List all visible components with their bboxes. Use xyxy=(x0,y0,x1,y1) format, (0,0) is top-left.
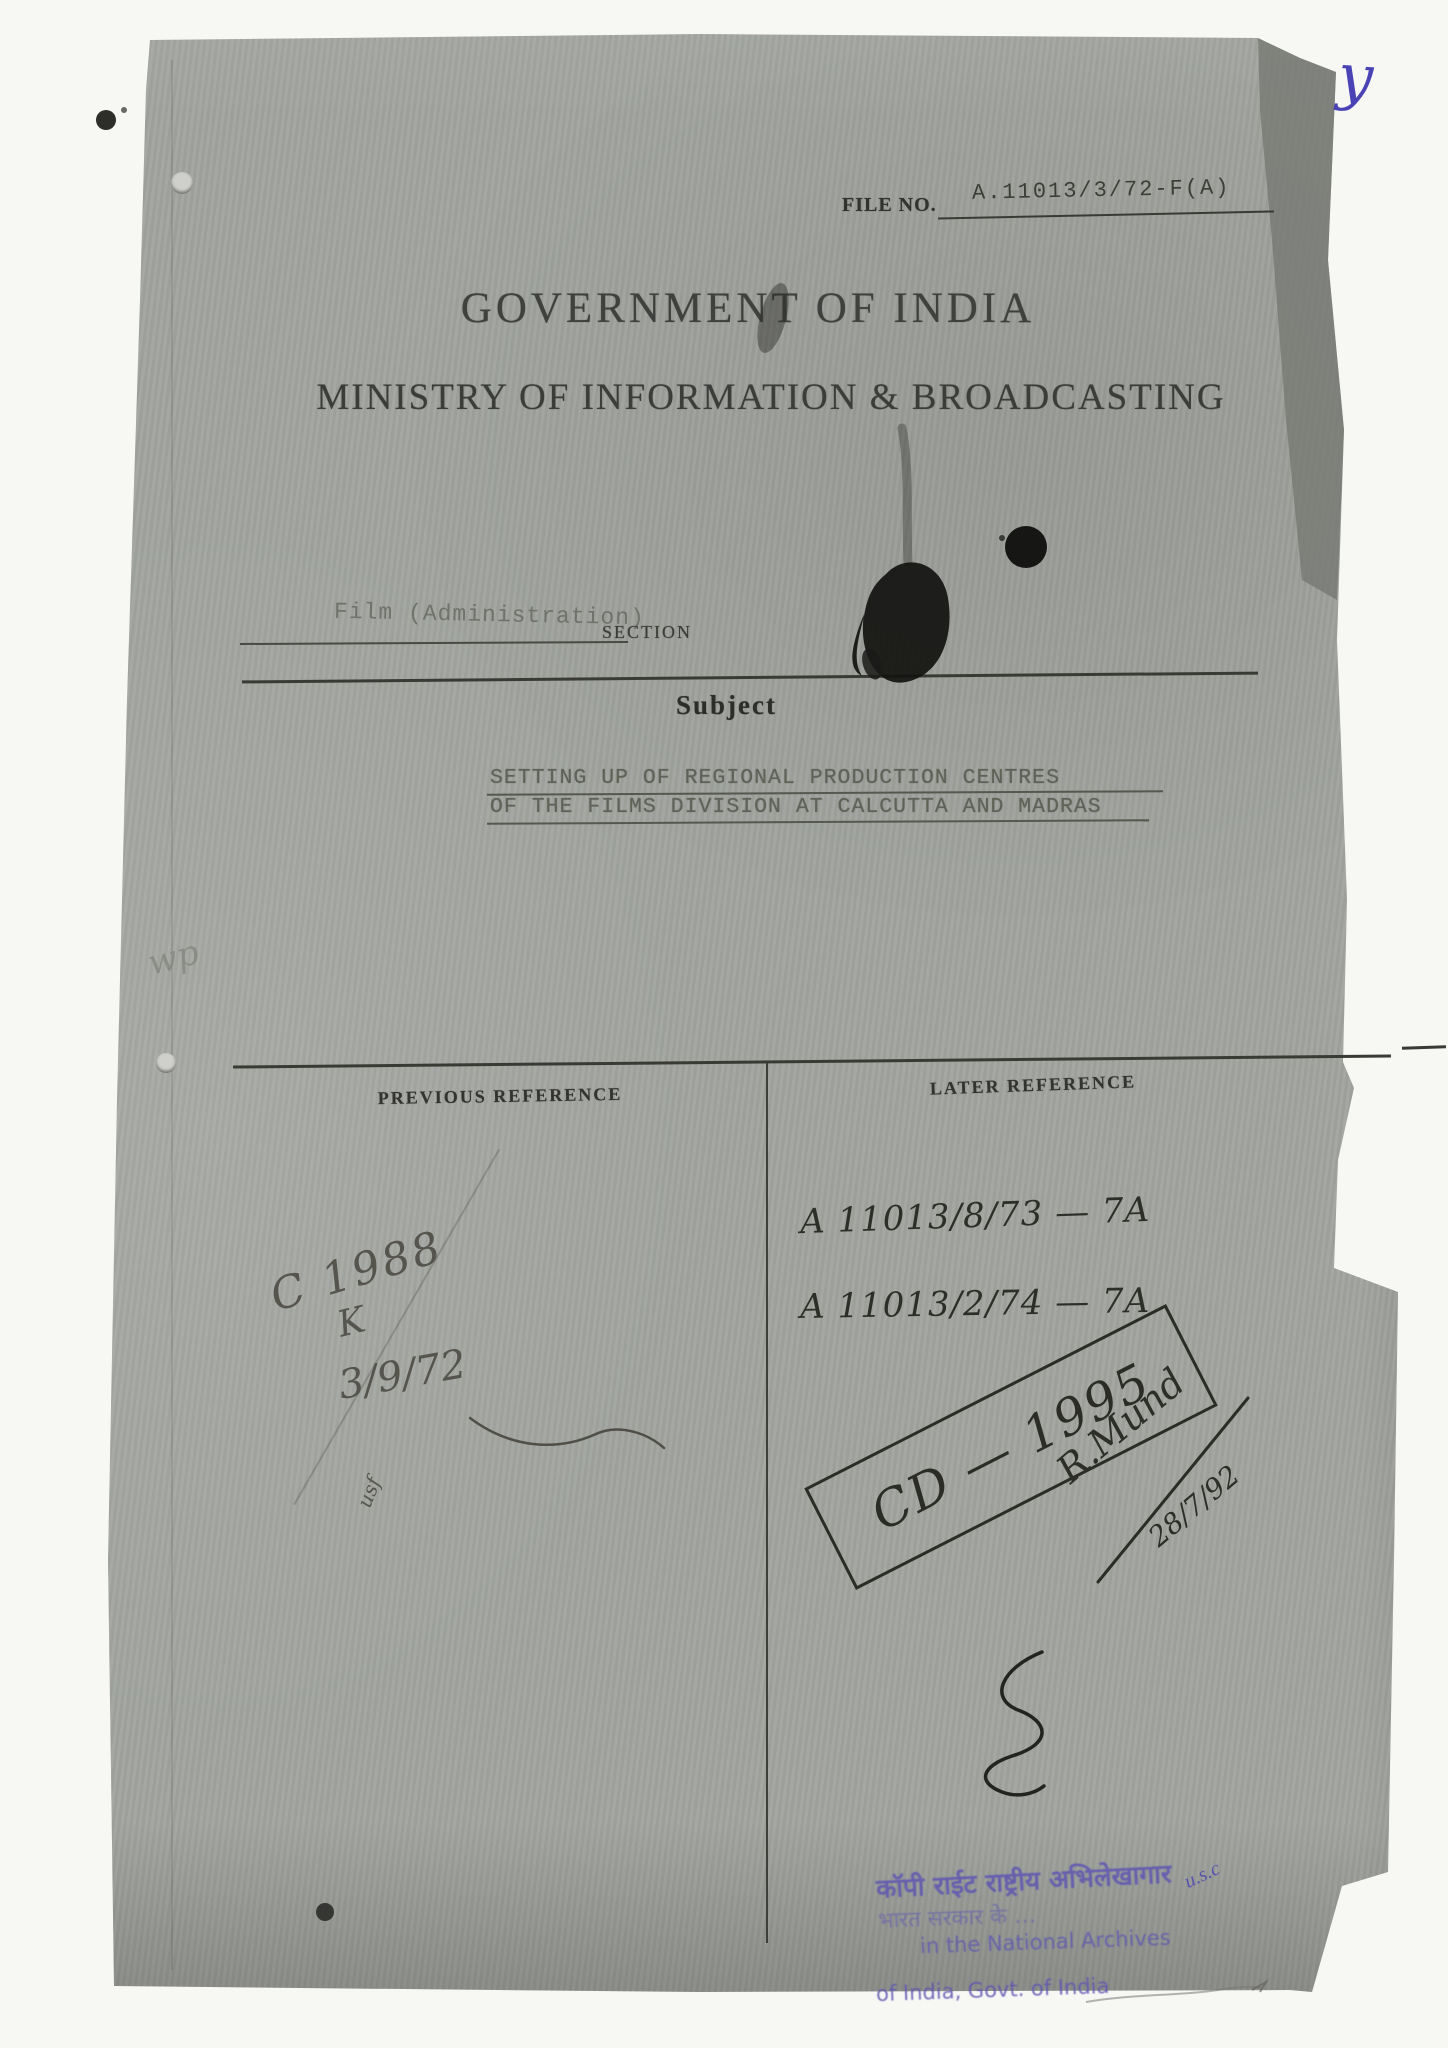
page-title: GOVERNMENT OF INDIA xyxy=(398,284,1098,333)
reference-table-rule-dash xyxy=(1402,1045,1446,1050)
fold-seam xyxy=(171,60,173,1970)
punch-hole xyxy=(171,172,193,194)
later-reference-entry: A 11013/2/74 — 7A xyxy=(800,1281,1151,1327)
corner-page-note: y xyxy=(1335,39,1375,114)
subject-line-1: SETTING UP OF REGIONAL PRODUCTION CENTRE… xyxy=(490,766,1060,790)
section-label: SECTION xyxy=(602,622,692,643)
scanned-file-cover: FILE NO. A.11013/3/72-F(A) GOVERNMENT OF… xyxy=(0,0,1448,2048)
subject-line-2: OF THE FILMS DIVISION AT CALCUTTA AND MA… xyxy=(490,795,1102,819)
subject-heading: Subject xyxy=(676,690,777,721)
file-no-label: FILE NO. xyxy=(842,194,937,217)
corner-blot xyxy=(96,110,116,130)
corner-speck xyxy=(121,107,127,113)
page-subtitle: MINISTRY OF INFORMATION & BROADCASTING xyxy=(271,376,1271,419)
punch-hole xyxy=(156,1053,176,1073)
reference-column-divider xyxy=(766,1063,768,1943)
stamp-hindi-line-2: भारत सरकार के … xyxy=(878,1899,1037,1934)
